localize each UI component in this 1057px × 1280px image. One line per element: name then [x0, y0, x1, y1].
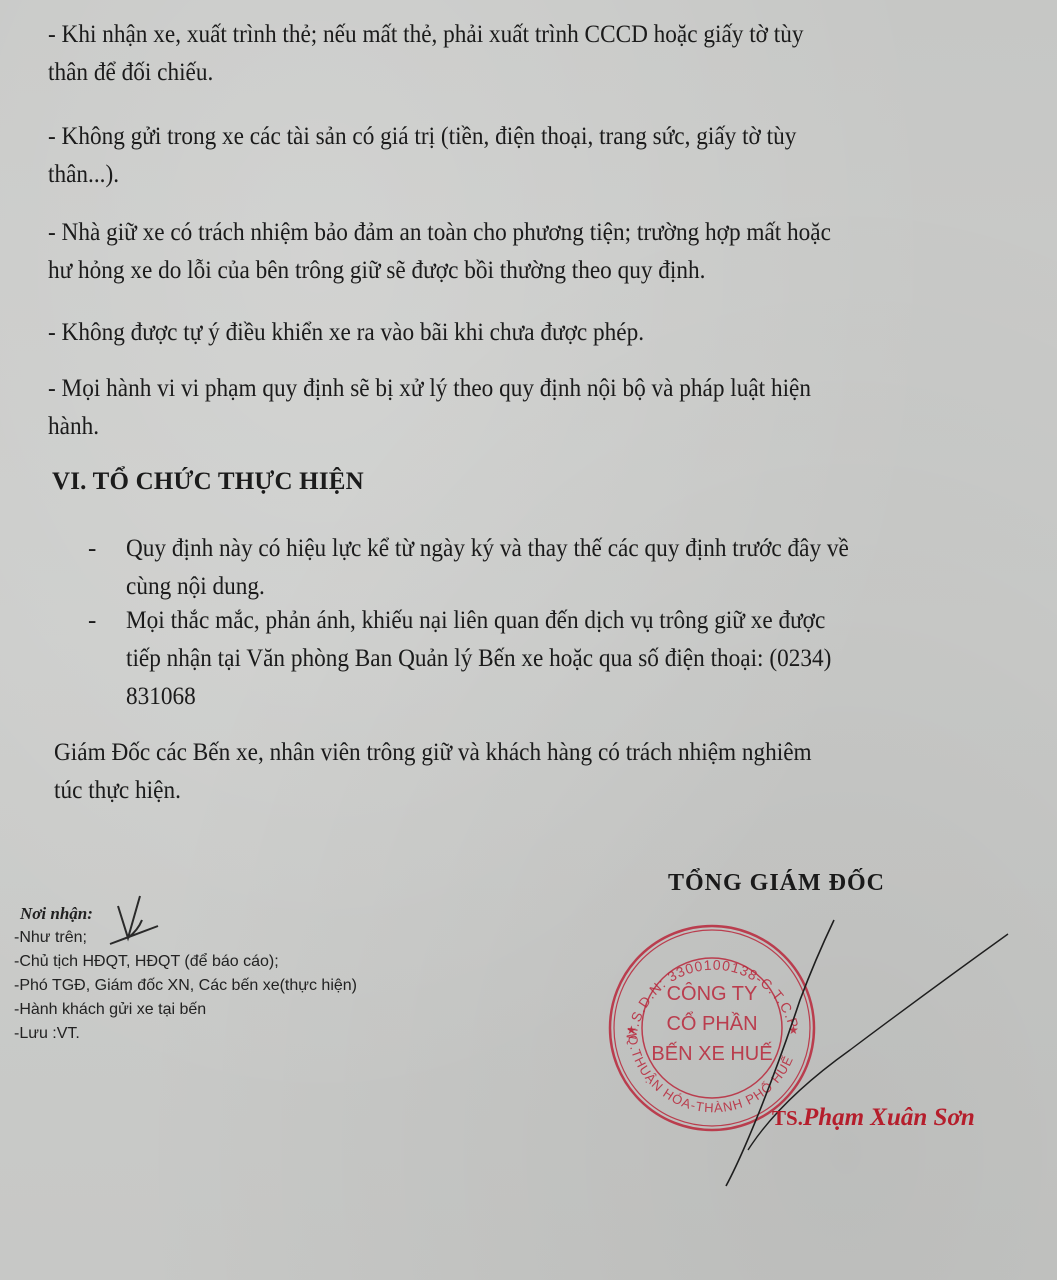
rule-3-line-2: hư hỏng xe do lỗi của bên trông giữ sẽ đ…	[48, 252, 1028, 290]
recipient-item: -Phó TGĐ, Giám đốc XN, Các bến xe(thực h…	[14, 974, 357, 998]
rule-2-line-1: - Không gửi trong xe các tài sản có giá …	[48, 118, 1028, 156]
rule-paragraph-3: - Nhà giữ xe có trách nhiệm bảo đảm an t…	[48, 214, 1028, 290]
svg-text:★: ★	[626, 1023, 637, 1037]
recipient-item: -Hành khách gửi xe tại bến	[14, 998, 357, 1022]
dash-marker: -	[88, 530, 96, 568]
recipient-item: -Như trên;	[14, 926, 357, 950]
svg-text:BẾN XE HUẾ: BẾN XE HUẾ	[651, 1042, 772, 1065]
section-heading: VI. TỔ CHỨC THỰC HIỆN	[52, 468, 364, 496]
signature-title: TỔNG GIÁM ĐỐC	[668, 870, 885, 897]
section-item-2-line-3: 831068	[126, 678, 1057, 716]
section-item-2-text: Mọi thắc mắc, phản ánh, khiếu nại liên q…	[126, 602, 1057, 716]
rule-3-line-1: - Nhà giữ xe có trách nhiệm bảo đảm an t…	[48, 214, 1028, 252]
recipients-block: Nơi nhận: -Như trên; -Chủ tịch HĐQT, HĐQ…	[14, 902, 357, 1046]
section-item-1-line-2: cùng nội dung.	[126, 568, 1057, 606]
section-item-2-line-1: Mọi thắc mắc, phản ánh, khiếu nại liên q…	[126, 602, 1057, 640]
rule-4-line-1: - Không được tự ý điều khiển xe ra vào b…	[48, 314, 1028, 352]
signer-prefix: TS.	[772, 1106, 803, 1130]
rule-paragraph-5: - Mọi hành vi vi phạm quy định sẽ bị xử …	[48, 370, 1028, 446]
rule-paragraph-4: - Không được tự ý điều khiển xe ra vào b…	[48, 314, 1028, 352]
svg-text:CÔNG TY: CÔNG TY	[667, 982, 758, 1005]
section-item-1-line-1: Quy định này có hiệu lực kể từ ngày ký v…	[126, 530, 1057, 568]
rule-2-line-2: thân...).	[48, 156, 1028, 194]
recipient-item: -Chủ tịch HĐQT, HĐQT (để báo cáo);	[14, 950, 357, 974]
signer-name-text: Phạm Xuân Sơn	[803, 1104, 975, 1131]
section-item-1-text: Quy định này có hiệu lực kể từ ngày ký v…	[126, 530, 1057, 606]
rule-5-line-1: - Mọi hành vi vi phạm quy định sẽ bị xử …	[48, 370, 1028, 408]
closing-line-2: túc thực hiện.	[54, 772, 1034, 810]
svg-text:★: ★	[788, 1023, 799, 1037]
rule-1-line-1: - Khi nhận xe, xuất trình thẻ; nếu mất t…	[48, 16, 1028, 54]
section-item-2-line-2: tiếp nhận tại Văn phòng Ban Quản lý Bến …	[126, 640, 1057, 678]
signer-name: TS.Phạm Xuân Sơn	[772, 1104, 975, 1132]
recipient-item: -Lưu :VT.	[14, 1022, 357, 1046]
rule-paragraph-2: - Không gửi trong xe các tài sản có giá …	[48, 118, 1028, 194]
rule-5-line-2: hành.	[48, 408, 1028, 446]
dash-marker: -	[88, 602, 96, 640]
closing-paragraph: Giám Đốc các Bến xe, nhân viên trông giữ…	[54, 734, 1034, 810]
rule-1-line-2: thân để đối chiếu.	[48, 54, 1028, 92]
document-page: - Khi nhận xe, xuất trình thẻ; nếu mất t…	[0, 0, 1057, 1280]
recipients-label: Nơi nhận:	[20, 902, 357, 926]
rule-paragraph-1: - Khi nhận xe, xuất trình thẻ; nếu mất t…	[48, 16, 1028, 92]
svg-text:CỔ PHẦN: CỔ PHẦN	[666, 1011, 757, 1035]
closing-line-1: Giám Đốc các Bến xe, nhân viên trông giữ…	[54, 734, 1034, 772]
company-stamp-icon: M.S.D.N: 3300100138-C.T.C.P Q.THUẬN HÓA-…	[606, 922, 818, 1134]
